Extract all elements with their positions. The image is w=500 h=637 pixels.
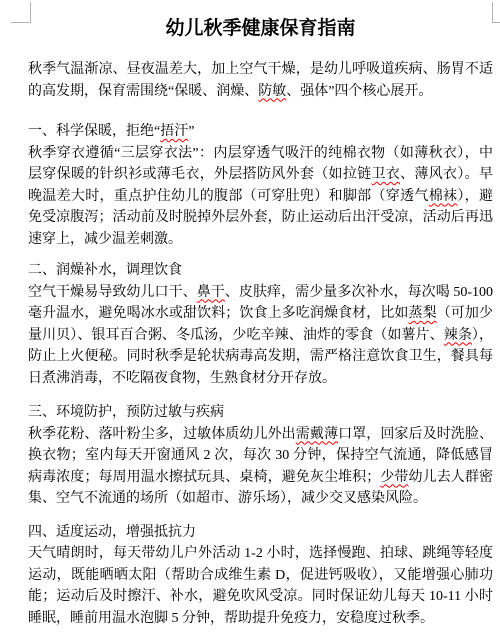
spellcheck-flagged-term: 鼻干: [197, 285, 225, 300]
intro-paragraph: 秋季气温渐凉、昼夜温差大，加上空气干燥，是幼儿呼吸道疾病、肠胃不适的高发期，保育…: [28, 59, 493, 102]
section-1-heading: 一、科学保暖，拒绝“捂汗”: [28, 121, 493, 143]
spellcheck-flagged-term: 卫衣: [372, 167, 401, 182]
spellcheck-flagged-term: 需戴薄: [296, 427, 338, 442]
section-1-keep-warm: 一、科学保暖，拒绝“捂汗” 秋季穿衣遵循“三层穿衣法”：内层穿透气吸汗的纯棉衣物…: [28, 121, 493, 250]
section-2-body: 空气干燥易导致幼儿口干、鼻干、皮肤痒，需少量多次补水，每次喝 50-100 毫升…: [28, 282, 493, 390]
text-run: ”: [188, 124, 194, 139]
section-4-exercise: 四、适度运动，增强抵抗力 天气晴朗时，每天带幼儿户外活动 1-2 小时，选择慢跑…: [28, 522, 493, 630]
text-run: 天气晴朗时，每天带幼儿户外活动 1-2 小时，选择慢跑、拍球、跳绳等轻度运动，既…: [28, 546, 493, 626]
document-content: 幼儿秋季健康保育指南 秋季气温渐凉、昼夜温差大，加上空气干燥，是幼儿呼吸道疾病、…: [28, 0, 493, 629]
document-page: 幼儿秋季健康保育指南 秋季气温渐凉、昼夜温差大，加上空气干燥，是幼儿呼吸道疾病、…: [0, 0, 500, 637]
text-run: 二、润燥补水，调理饮食: [28, 263, 182, 278]
text-run: 、强体”四个核心展开。: [286, 84, 432, 99]
section-2-heading: 二、润燥补水，调理饮食: [28, 260, 493, 282]
document-title: 幼儿秋季健康保育指南: [28, 16, 493, 42]
text-run: 三、环境防护，预防过敏与疾病: [28, 405, 224, 420]
spellcheck-flagged-term: 捂汗: [160, 124, 188, 139]
text-run: 四、适度运动，增强抵抗力: [28, 525, 196, 540]
margin-crop-mark-top-right: [492, 2, 500, 23]
text-run: 一、科学保暖，拒绝“: [28, 124, 160, 139]
section-1-body: 秋季穿衣遵循“三层穿衣法”：内层穿透气吸汗的纯棉衣物（如薄秋衣），中层穿保暖的针…: [28, 143, 493, 251]
text-run: 空气干燥易导致幼儿口干、: [28, 285, 197, 300]
spellcheck-flagged-term: 棉袜: [429, 189, 458, 204]
spellcheck-flagged-term: 蒸梨: [409, 306, 437, 321]
text-run: 秋季花粉、落叶粉尘多，过敏体质幼儿外出: [28, 427, 296, 442]
section-4-heading: 四、适度运动，增强抵抗力: [28, 522, 493, 544]
section-4-body: 天气晴朗时，每天带幼儿户外活动 1-2 小时，选择慢跑、拍球、跳绳等轻度运动，既…: [28, 543, 493, 629]
spellcheck-flagged-term: 少带: [380, 470, 408, 485]
spellcheck-flagged-term: 辣条: [444, 328, 472, 343]
section-2-hydration-diet: 二、润燥补水，调理饮食 空气干燥易导致幼儿口干、鼻干、皮肤痒，需少量多次补水，每…: [28, 260, 493, 389]
section-3-environment-protection: 三、环境防护，预防过敏与疾病 秋季花粉、落叶粉尘多，过敏体质幼儿外出需戴薄口罩，…: [28, 402, 493, 510]
section-3-body: 秋季花粉、落叶粉尘多，过敏体质幼儿外出需戴薄口罩，回家后及时洗脸、换衣物；室内每…: [28, 424, 493, 510]
spellcheck-flagged-term: 防敏: [258, 84, 286, 99]
section-3-heading: 三、环境防护，预防过敏与疾病: [28, 402, 493, 424]
